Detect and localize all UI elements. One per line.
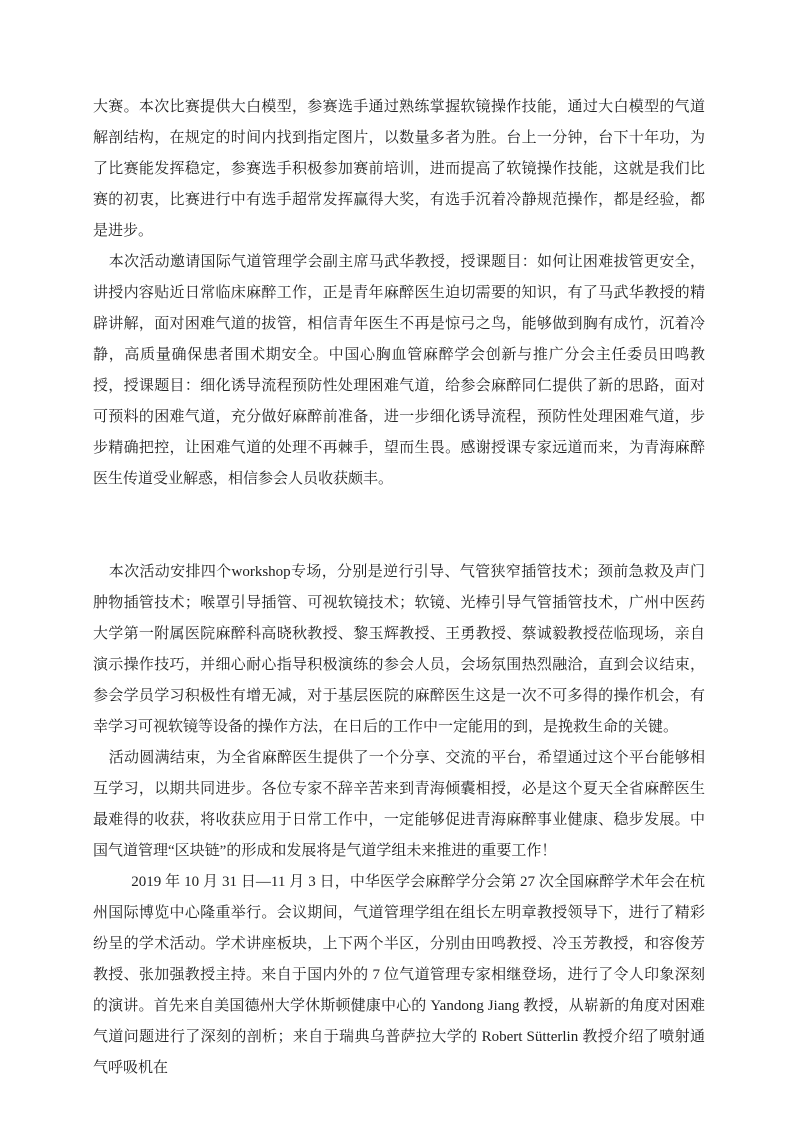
document-text-block: 大赛。本次比赛提供大白模型，参赛选手通过熟练掌握软镜操作技能，通过大白模型的气道… [93, 92, 705, 1084]
paragraph-annual-meeting-2019: 2019 年 10 月 31 日—11 月 3 日，中华医学会麻醉学分会第 27… [93, 867, 705, 1084]
paragraph-event-closing: 活动圆满结束，为全省麻醉医生提供了一个分享、交流的平台，希望通过这个平台能够相互… [93, 743, 705, 867]
document-page: 大赛。本次比赛提供大白模型，参赛选手通过熟练掌握软镜操作技能，通过大白模型的气道… [0, 0, 793, 1122]
paragraph-competition-recap: 大赛。本次比赛提供大白模型，参赛选手通过熟练掌握软镜操作技能，通过大白模型的气道… [93, 92, 705, 247]
paragraph-lecture-topics: 本次活动邀请国际气道管理学会副主席马武华教授，授课题目：如何让困难拔管更安全，讲… [93, 247, 705, 495]
paragraph-workshop-sessions: 本次活动安排四个workshop专场，分别是逆行引导、气管狭窄插管技术；颈前急救… [93, 557, 705, 743]
